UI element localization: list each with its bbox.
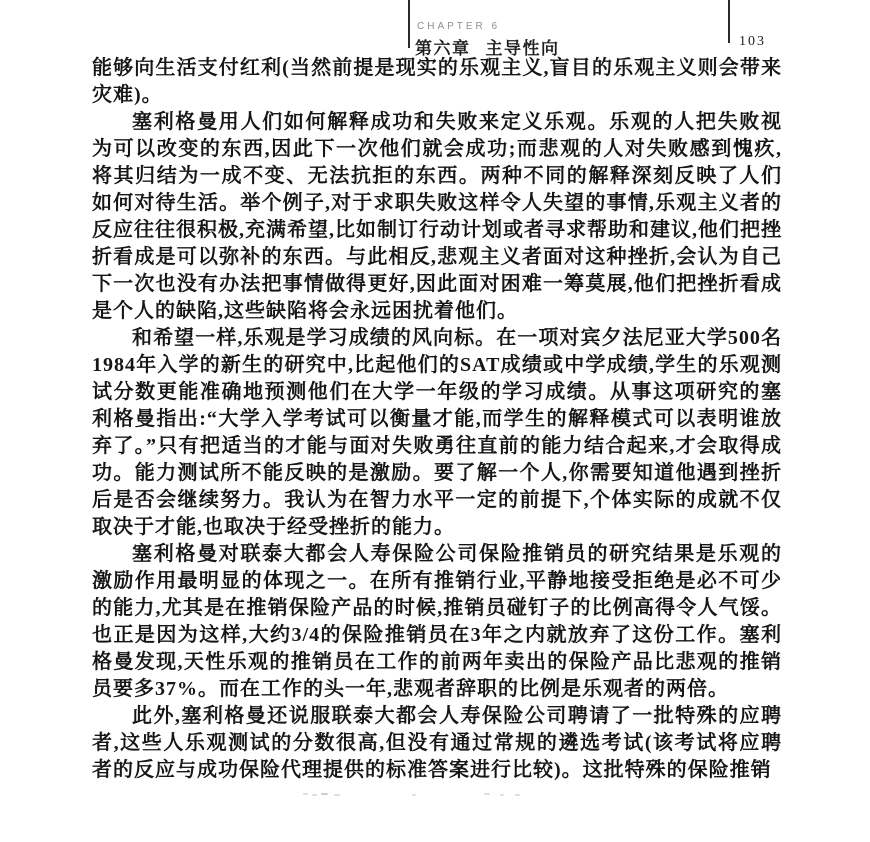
chapter-label-en: CHAPTER 6 [417, 21, 500, 32]
scan-artifact [515, 794, 520, 796]
book-page: CHAPTER 6 第六章主导性向 103 能够向生活支付红利(当然前提是现实的… [0, 0, 870, 842]
header-rule-right [728, 0, 730, 43]
scan-artifact [334, 794, 340, 796]
paragraph-continuation: 能够向生活支付红利(当然前提是现实的乐观主义,盲目的乐观主义则会带来灾难)。 [92, 55, 782, 109]
paragraph: 此外,塞利格曼还说服联泰大都会人寿保险公司聘请了一批特殊的应聘者,这些人乐观测试… [92, 703, 782, 784]
scan-artifact [303, 793, 308, 795]
header-rule-left [408, 0, 410, 48]
scan-artifact [312, 794, 317, 796]
scan-artifact [321, 793, 328, 795]
page-number: 103 [739, 34, 766, 50]
scan-artifact [500, 794, 504, 796]
paragraph: 和希望一样,乐观是学习成绩的风向标。在一项对宾夕法尼亚大学500名1984年入学… [92, 325, 782, 541]
scan-artifact [412, 794, 416, 796]
paragraph: 塞利格曼对联泰大都会人寿保险公司保险推销员的研究结果是乐观的激励作用最明显的体现… [92, 541, 782, 703]
scan-artifact [484, 793, 490, 795]
paragraph: 塞利格曼用人们如何解释成功和失败来定义乐观。乐观的人把失败视为可以改变的东西,因… [92, 109, 782, 325]
body-text: 能够向生活支付红利(当然前提是现实的乐观主义,盲目的乐观主义则会带来灾难)。 塞… [92, 55, 782, 784]
